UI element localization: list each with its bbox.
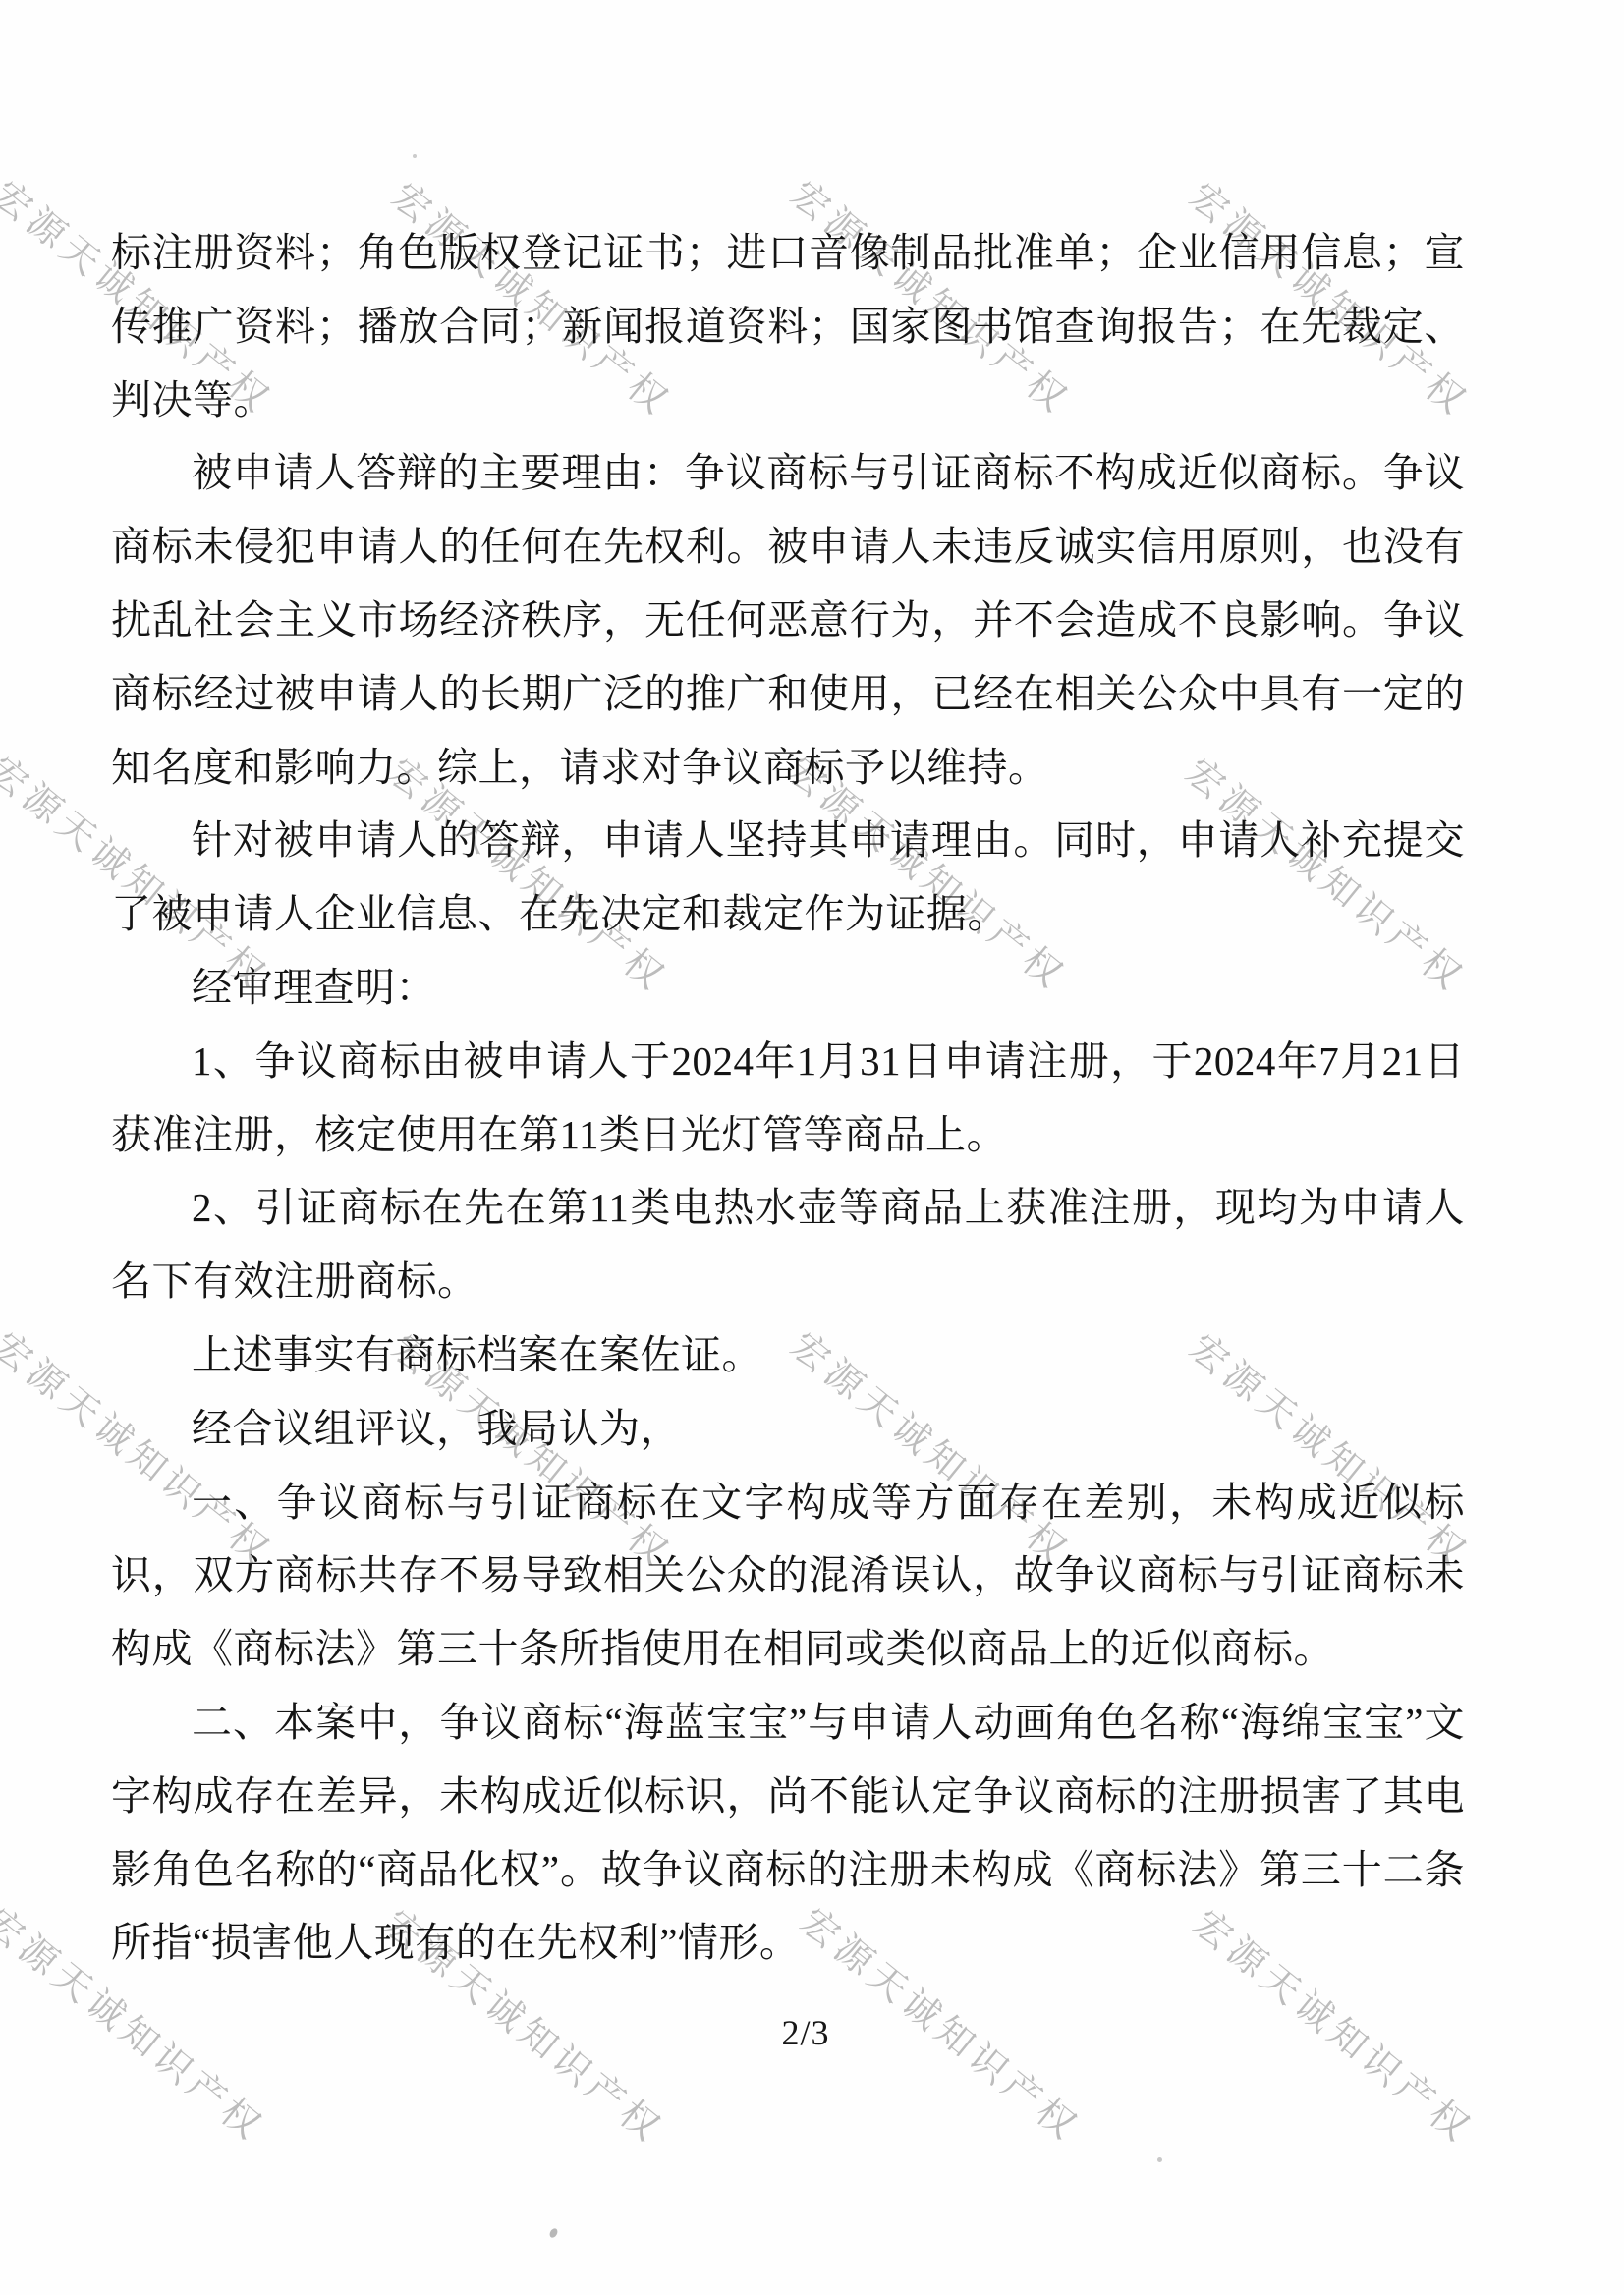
page-number: 2/3	[0, 2012, 1611, 2053]
paragraph-opinion-2: 二、本案中，争议商标“海蓝宝宝”与申请人动画角色名称“海绵宝宝”文字构成存在差异…	[111, 1686, 1465, 1980]
scan-artifact	[413, 154, 417, 158]
paragraph-opinion-1: 一、争议商标与引证商标在文字构成等方面存在差别，未构成近似标识，双方商标共存不易…	[111, 1466, 1465, 1686]
document-page: 宏源天诚知识产权 宏源天诚知识产权 宏源天诚知识产权 宏源天诚知识产权 宏源天诚…	[0, 0, 1624, 2295]
paragraph-finding-2: 2、引证商标在先在第11类电热水壶等商品上获准注册，现均为申请人名下有效注册商标…	[111, 1171, 1465, 1318]
paragraph-findings-heading: 经审理查明：	[111, 951, 1465, 1025]
paragraph-evidence-list-continuation: 标注册资料；角色版权登记证书；进口音像制品批准单；企业信用信息；宣传推广资料；播…	[111, 216, 1465, 436]
document-body: 标注册资料；角色版权登记证书；进口音像制品批准单；企业信用信息；宣传推广资料；播…	[111, 216, 1465, 1980]
paragraph-finding-1: 1、争议商标由被申请人于2024年1月31日申请注册，于2024年7月21日获准…	[111, 1025, 1465, 1172]
paragraph-respondent-defense: 被申请人答辩的主要理由：争议商标与引证商标不构成近似商标。争议商标未侵犯申请人的…	[111, 436, 1465, 804]
paragraph-applicant-reply: 针对被申请人的答辩，申请人坚持其申请理由。同时，申请人补充提交了被申请人企业信息…	[111, 804, 1465, 951]
scan-artifact	[548, 2227, 559, 2239]
paragraph-panel-opinion-heading: 经合议组评议，我局认为，	[111, 1392, 1465, 1466]
scan-artifact	[1157, 2157, 1162, 2162]
paragraph-evidence-note: 上述事实有商标档案在案佐证。	[111, 1318, 1465, 1392]
